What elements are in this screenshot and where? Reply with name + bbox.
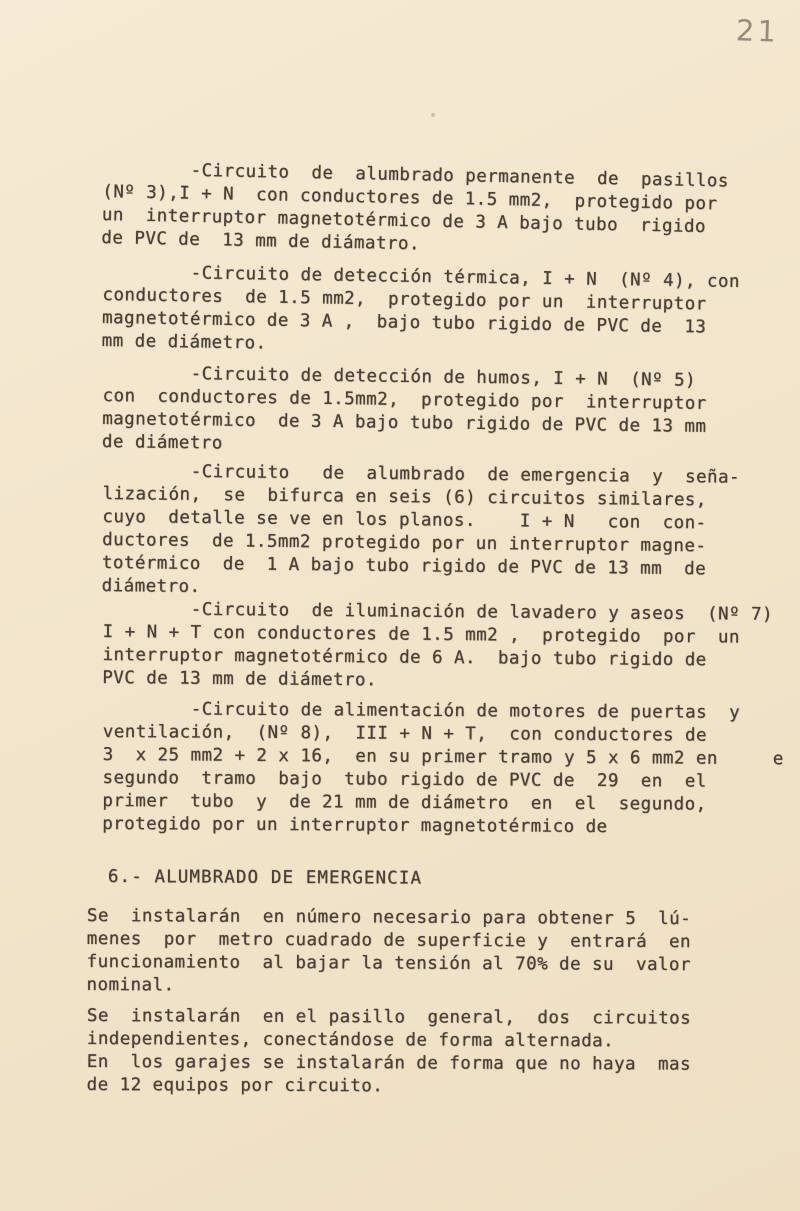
scanned-document-page: 21 -Circuito de alumbrado permanente de … [0, 0, 800, 1211]
paper-speck [431, 113, 435, 117]
paragraph-circuito-deteccion-termica: -Circuito de detección térmica, I + N (N… [102, 261, 741, 363]
paragraph-circuito-alumbrado-pasillos: -Circuito de alumbrado permanente de pas… [101, 158, 729, 263]
paragraph-circuito-lavadero-aseos: -Circuito de iluminación de lavadero y a… [102, 598, 773, 696]
paragraph-circuito-deteccion-humos: -Circuito de detección de humos, I + N (… [102, 362, 707, 462]
paragraph-emergencia-circuitos: Se instalarán en el pasillo general, dos… [87, 1005, 692, 1100]
section-heading-alumbrado-emergencia: 6.- ALUMBRADO DE EMERGENCIA [108, 866, 422, 891]
handwritten-page-number: 21 [735, 13, 779, 48]
paragraph-circuito-alumbrado-emergencia: -Circuito de alumbrado de emergencia y s… [102, 460, 741, 605]
paragraph-emergencia-lumenes: Se instalarán en número necesario para o… [87, 905, 692, 1000]
paragraph-circuito-motores-puertas: -Circuito de alimentación de motores de … [102, 698, 784, 840]
